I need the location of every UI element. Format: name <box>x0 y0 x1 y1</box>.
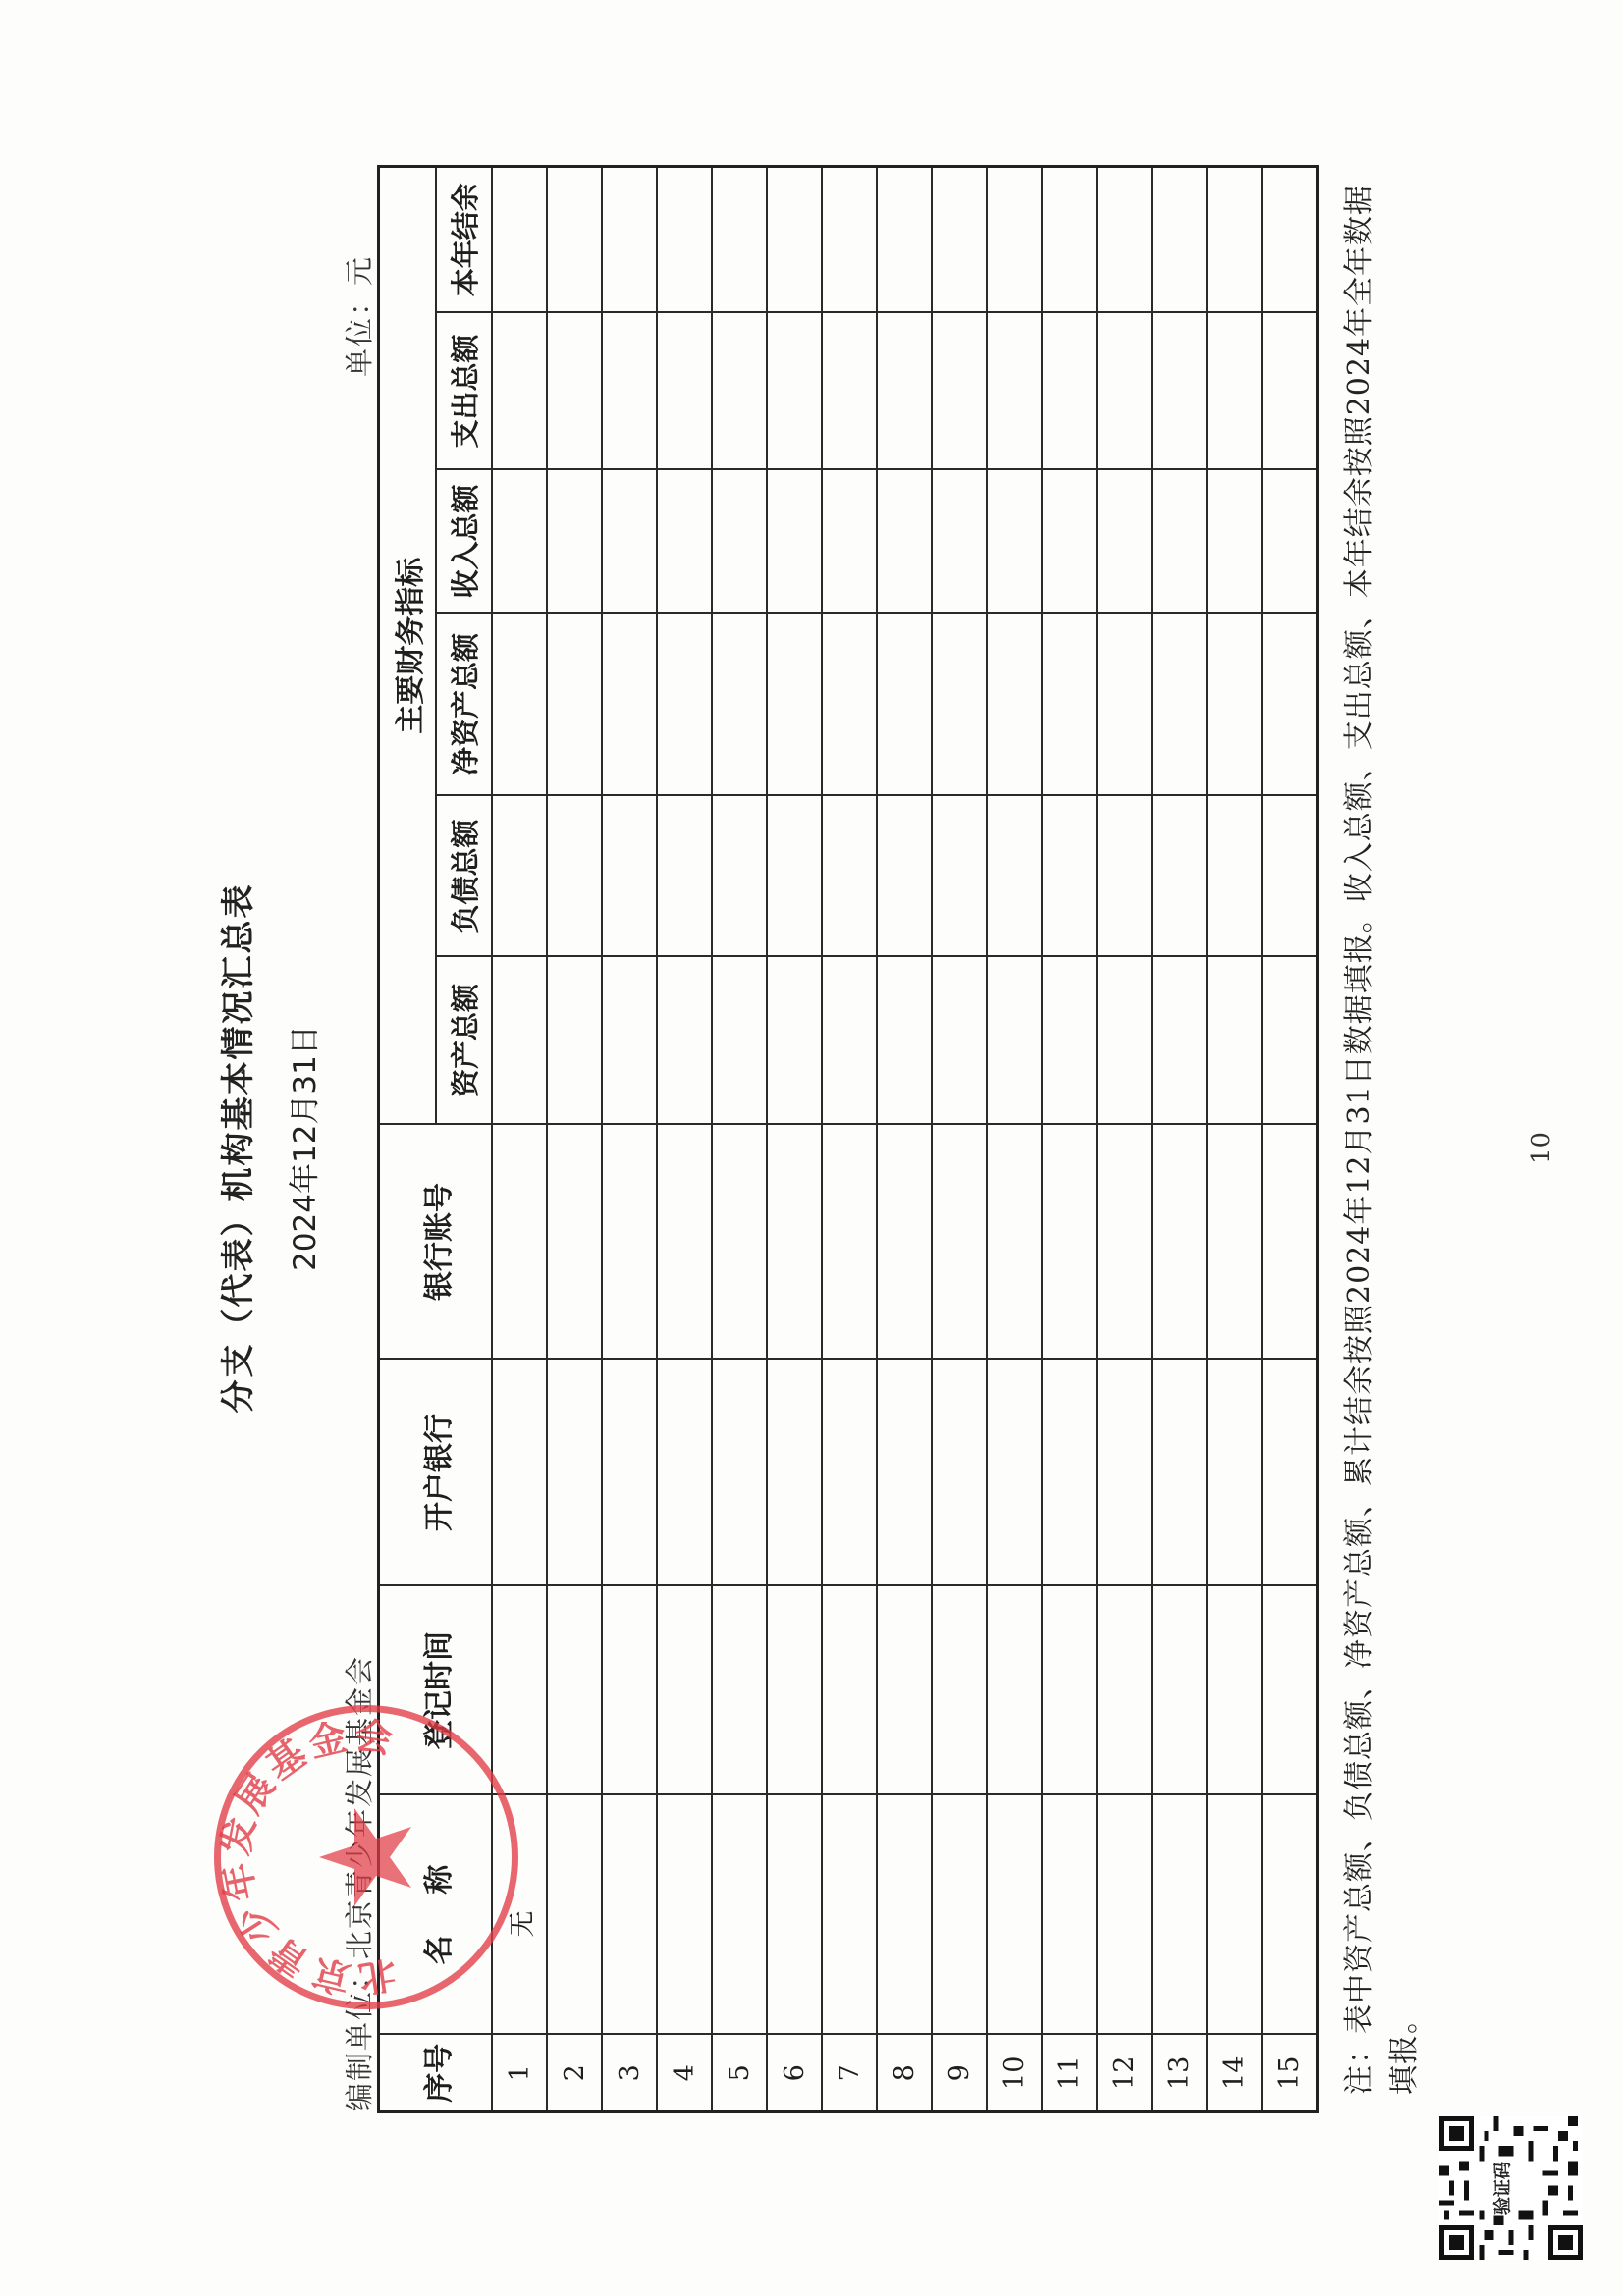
cell-account <box>657 1125 712 1360</box>
cell-finance-3 <box>877 470 932 614</box>
cell-name <box>547 1795 602 2035</box>
cell-reg-time <box>547 1586 602 1795</box>
table-row: 2 <box>547 167 602 2112</box>
cell-finance-4 <box>877 313 932 470</box>
cell-reg-time <box>1042 1586 1097 1795</box>
cell-name <box>877 1795 932 2035</box>
cell-finance-5 <box>492 167 547 313</box>
table-row: 11 <box>1042 167 1097 2112</box>
cell-finance-1 <box>712 796 767 957</box>
cell-finance-1 <box>877 796 932 957</box>
cell-name <box>1042 1795 1097 2035</box>
cell-finance-5 <box>712 167 767 313</box>
cell-finance-2 <box>547 614 602 796</box>
cell-finance-0 <box>657 957 712 1125</box>
cell-finance-5 <box>1262 167 1318 313</box>
cell-seq: 6 <box>767 2035 822 2112</box>
cell-finance-4 <box>767 313 822 470</box>
cell-bank <box>602 1360 657 1586</box>
cell-finance-1 <box>1207 796 1262 957</box>
cell-finance-3 <box>987 470 1042 614</box>
cell-finance-1 <box>1042 796 1097 957</box>
cell-seq: 8 <box>877 2035 932 2112</box>
header-finance-5: 本年结余 <box>436 167 492 313</box>
header-finance-2: 净资产总额 <box>436 614 492 796</box>
cell-finance-5 <box>987 167 1042 313</box>
cell-reg-time <box>602 1586 657 1795</box>
cell-seq: 13 <box>1152 2035 1207 2112</box>
cell-finance-5 <box>1207 167 1262 313</box>
cell-reg-time <box>1207 1586 1262 1795</box>
cell-name <box>712 1795 767 2035</box>
cell-finance-3 <box>1207 470 1262 614</box>
table-row: 6 <box>767 167 822 2112</box>
cell-finance-3 <box>547 470 602 614</box>
cell-finance-5 <box>602 167 657 313</box>
cell-finance-1 <box>1097 796 1152 957</box>
cell-finance-3 <box>767 470 822 614</box>
cell-bank <box>492 1360 547 1586</box>
cell-finance-0 <box>712 957 767 1125</box>
cell-finance-2 <box>1152 614 1207 796</box>
cell-finance-2 <box>877 614 932 796</box>
cell-name <box>1152 1795 1207 2035</box>
cell-finance-3 <box>1152 470 1207 614</box>
cell-finance-3 <box>822 470 877 614</box>
cell-seq: 15 <box>1262 2035 1318 2112</box>
cell-name <box>822 1795 877 2035</box>
cell-finance-0 <box>987 957 1042 1125</box>
cell-reg-time <box>932 1586 987 1795</box>
unit-label: 单位：元 <box>338 255 378 377</box>
table-row: 9 <box>932 167 987 2112</box>
cell-account <box>602 1125 657 1360</box>
cell-finance-2 <box>767 614 822 796</box>
cell-seq: 2 <box>547 2035 602 2112</box>
table-row: 15 <box>1262 167 1318 2112</box>
cell-name <box>932 1795 987 2035</box>
cell-name <box>767 1795 822 2035</box>
cell-finance-1 <box>767 796 822 957</box>
table-row: 5 <box>712 167 767 2112</box>
cell-bank <box>987 1360 1042 1586</box>
cell-finance-3 <box>1262 470 1318 614</box>
cell-seq: 7 <box>822 2035 877 2112</box>
cell-finance-2 <box>1207 614 1262 796</box>
cell-account <box>822 1125 877 1360</box>
cell-seq: 5 <box>712 2035 767 2112</box>
header-account: 银行账号 <box>379 1125 493 1360</box>
cell-finance-2 <box>492 614 547 796</box>
header-finance-4: 支出总额 <box>436 313 492 470</box>
cell-name: 无 <box>492 1795 547 2035</box>
cell-seq: 11 <box>1042 2035 1097 2112</box>
cell-finance-1 <box>932 796 987 957</box>
cell-reg-time <box>1152 1586 1207 1795</box>
cell-finance-5 <box>767 167 822 313</box>
cell-finance-5 <box>932 167 987 313</box>
cell-account <box>1207 1125 1262 1360</box>
footnote: 注：表中资产总额、负债总额、净资产总额、累计结余按照2024年12月31日数据填… <box>1337 171 1428 2095</box>
cell-finance-0 <box>492 957 547 1125</box>
cell-finance-4 <box>602 313 657 470</box>
cell-bank <box>932 1360 987 1586</box>
cell-reg-time <box>1097 1586 1152 1795</box>
cell-name <box>1097 1795 1152 2035</box>
cell-seq: 10 <box>987 2035 1042 2112</box>
cell-finance-0 <box>932 957 987 1125</box>
cell-bank <box>547 1360 602 1586</box>
cell-account <box>1262 1125 1318 1360</box>
cell-finance-0 <box>547 957 602 1125</box>
cell-finance-4 <box>1152 313 1207 470</box>
cell-reg-time <box>987 1586 1042 1795</box>
cell-finance-0 <box>1042 957 1097 1125</box>
cell-finance-2 <box>712 614 767 796</box>
cell-finance-5 <box>1042 167 1097 313</box>
cell-finance-2 <box>1042 614 1097 796</box>
header-finance-0: 资产总额 <box>436 957 492 1125</box>
cell-finance-0 <box>1097 957 1152 1125</box>
cell-bank <box>1042 1360 1097 1586</box>
header-finance-3: 收入总额 <box>436 470 492 614</box>
cell-finance-5 <box>877 167 932 313</box>
cell-bank <box>1207 1360 1262 1586</box>
cell-finance-4 <box>657 313 712 470</box>
cell-reg-time <box>822 1586 877 1795</box>
cell-finance-3 <box>492 470 547 614</box>
svg-text:验证码: 验证码 <box>1491 2162 1513 2215</box>
cell-finance-2 <box>822 614 877 796</box>
cell-finance-4 <box>987 313 1042 470</box>
verification-qr-code: 验证码 <box>1439 2116 1583 2260</box>
cell-seq: 4 <box>657 2035 712 2112</box>
header-seq: 序号 <box>379 2035 493 2112</box>
cell-finance-0 <box>1152 957 1207 1125</box>
cell-finance-2 <box>1097 614 1152 796</box>
cell-finance-5 <box>1152 167 1207 313</box>
cell-finance-3 <box>602 470 657 614</box>
cell-account <box>877 1125 932 1360</box>
cell-finance-5 <box>1097 167 1152 313</box>
cell-name <box>1262 1795 1318 2035</box>
cell-finance-4 <box>1042 313 1097 470</box>
cell-finance-4 <box>547 313 602 470</box>
cell-finance-0 <box>767 957 822 1125</box>
cell-bank <box>1097 1360 1152 1586</box>
cell-seq: 1 <box>492 2035 547 2112</box>
page-number: 10 <box>1527 0 1556 2296</box>
cell-name <box>987 1795 1042 2035</box>
header-finance-group: 主要财务指标 <box>379 167 437 1125</box>
cell-bank <box>767 1360 822 1586</box>
cell-bank <box>877 1360 932 1586</box>
cell-bank <box>1262 1360 1318 1586</box>
cell-finance-0 <box>1262 957 1318 1125</box>
cell-finance-0 <box>877 957 932 1125</box>
cell-account <box>712 1125 767 1360</box>
cell-finance-5 <box>657 167 712 313</box>
document-page: 分支（代表）机构基本情况汇总表 2024年12月31日 编制单位：北京青少年发展… <box>0 0 1623 2296</box>
cell-finance-4 <box>932 313 987 470</box>
cell-finance-2 <box>932 614 987 796</box>
cell-finance-4 <box>1207 313 1262 470</box>
cell-finance-1 <box>602 796 657 957</box>
cell-account <box>767 1125 822 1360</box>
cell-reg-time <box>767 1586 822 1795</box>
cell-reg-time <box>1262 1586 1318 1795</box>
header-finance-1: 负债总额 <box>436 796 492 957</box>
cell-account <box>492 1125 547 1360</box>
cell-finance-2 <box>987 614 1042 796</box>
cell-account <box>1042 1125 1097 1360</box>
cell-finance-3 <box>1042 470 1097 614</box>
qr-code-icon: 验证码 <box>1439 2116 1583 2260</box>
table-row: 8 <box>877 167 932 2112</box>
cell-finance-1 <box>547 796 602 957</box>
cell-finance-0 <box>822 957 877 1125</box>
table-row: 3 <box>602 167 657 2112</box>
cell-finance-4 <box>712 313 767 470</box>
cell-bank <box>822 1360 877 1586</box>
cell-account <box>1152 1125 1207 1360</box>
table-row: 10 <box>987 167 1042 2112</box>
cell-finance-2 <box>602 614 657 796</box>
cell-finance-1 <box>657 796 712 957</box>
cell-finance-1 <box>1152 796 1207 957</box>
cell-account <box>1097 1125 1152 1360</box>
table-row: 14 <box>1207 167 1262 2112</box>
cell-finance-2 <box>1262 614 1318 796</box>
cell-bank <box>1152 1360 1207 1586</box>
cell-finance-4 <box>492 313 547 470</box>
header-bank: 开户银行 <box>379 1360 493 1586</box>
table-row: 1无 <box>492 167 547 2112</box>
cell-name <box>1207 1795 1262 2035</box>
table-row: 13 <box>1152 167 1207 2112</box>
cell-name <box>602 1795 657 2035</box>
cell-finance-4 <box>1262 313 1318 470</box>
branch-summary-table: 序号 名 称 登记时间 开户银行 银行账号 主要财务指标 资产总额负债总额净资产… <box>377 165 1319 2113</box>
cell-finance-5 <box>547 167 602 313</box>
cell-finance-4 <box>1097 313 1152 470</box>
header-reg-time: 登记时间 <box>379 1586 493 1795</box>
cell-seq: 9 <box>932 2035 987 2112</box>
cell-finance-1 <box>492 796 547 957</box>
document-date: 2024年12月31日 <box>280 0 324 2296</box>
cell-finance-3 <box>932 470 987 614</box>
cell-reg-time <box>712 1586 767 1795</box>
org-label: 编制单位：北京青少年发展基金会 <box>338 1655 378 2111</box>
cell-seq: 14 <box>1207 2035 1262 2112</box>
cell-account <box>932 1125 987 1360</box>
cell-reg-time <box>877 1586 932 1795</box>
cell-finance-3 <box>712 470 767 614</box>
cell-finance-3 <box>1097 470 1152 614</box>
cell-name <box>657 1795 712 2035</box>
cell-account <box>987 1125 1042 1360</box>
cell-finance-1 <box>987 796 1042 957</box>
cell-seq: 3 <box>602 2035 657 2112</box>
cell-seq: 12 <box>1097 2035 1152 2112</box>
cell-finance-0 <box>602 957 657 1125</box>
table-row: 7 <box>822 167 877 2112</box>
cell-finance-5 <box>822 167 877 313</box>
cell-finance-1 <box>1262 796 1318 957</box>
table-row: 12 <box>1097 167 1152 2112</box>
cell-reg-time <box>657 1586 712 1795</box>
header-name: 名 称 <box>379 1795 493 2035</box>
cell-reg-time <box>492 1586 547 1795</box>
cell-finance-0 <box>1207 957 1262 1125</box>
cell-finance-3 <box>657 470 712 614</box>
cell-account <box>547 1125 602 1360</box>
document-title: 分支（代表）机构基本情况汇总表 <box>211 0 259 2296</box>
cell-finance-2 <box>657 614 712 796</box>
cell-bank <box>657 1360 712 1586</box>
cell-finance-4 <box>822 313 877 470</box>
cell-finance-1 <box>822 796 877 957</box>
table-row: 4 <box>657 167 712 2112</box>
cell-bank <box>712 1360 767 1586</box>
